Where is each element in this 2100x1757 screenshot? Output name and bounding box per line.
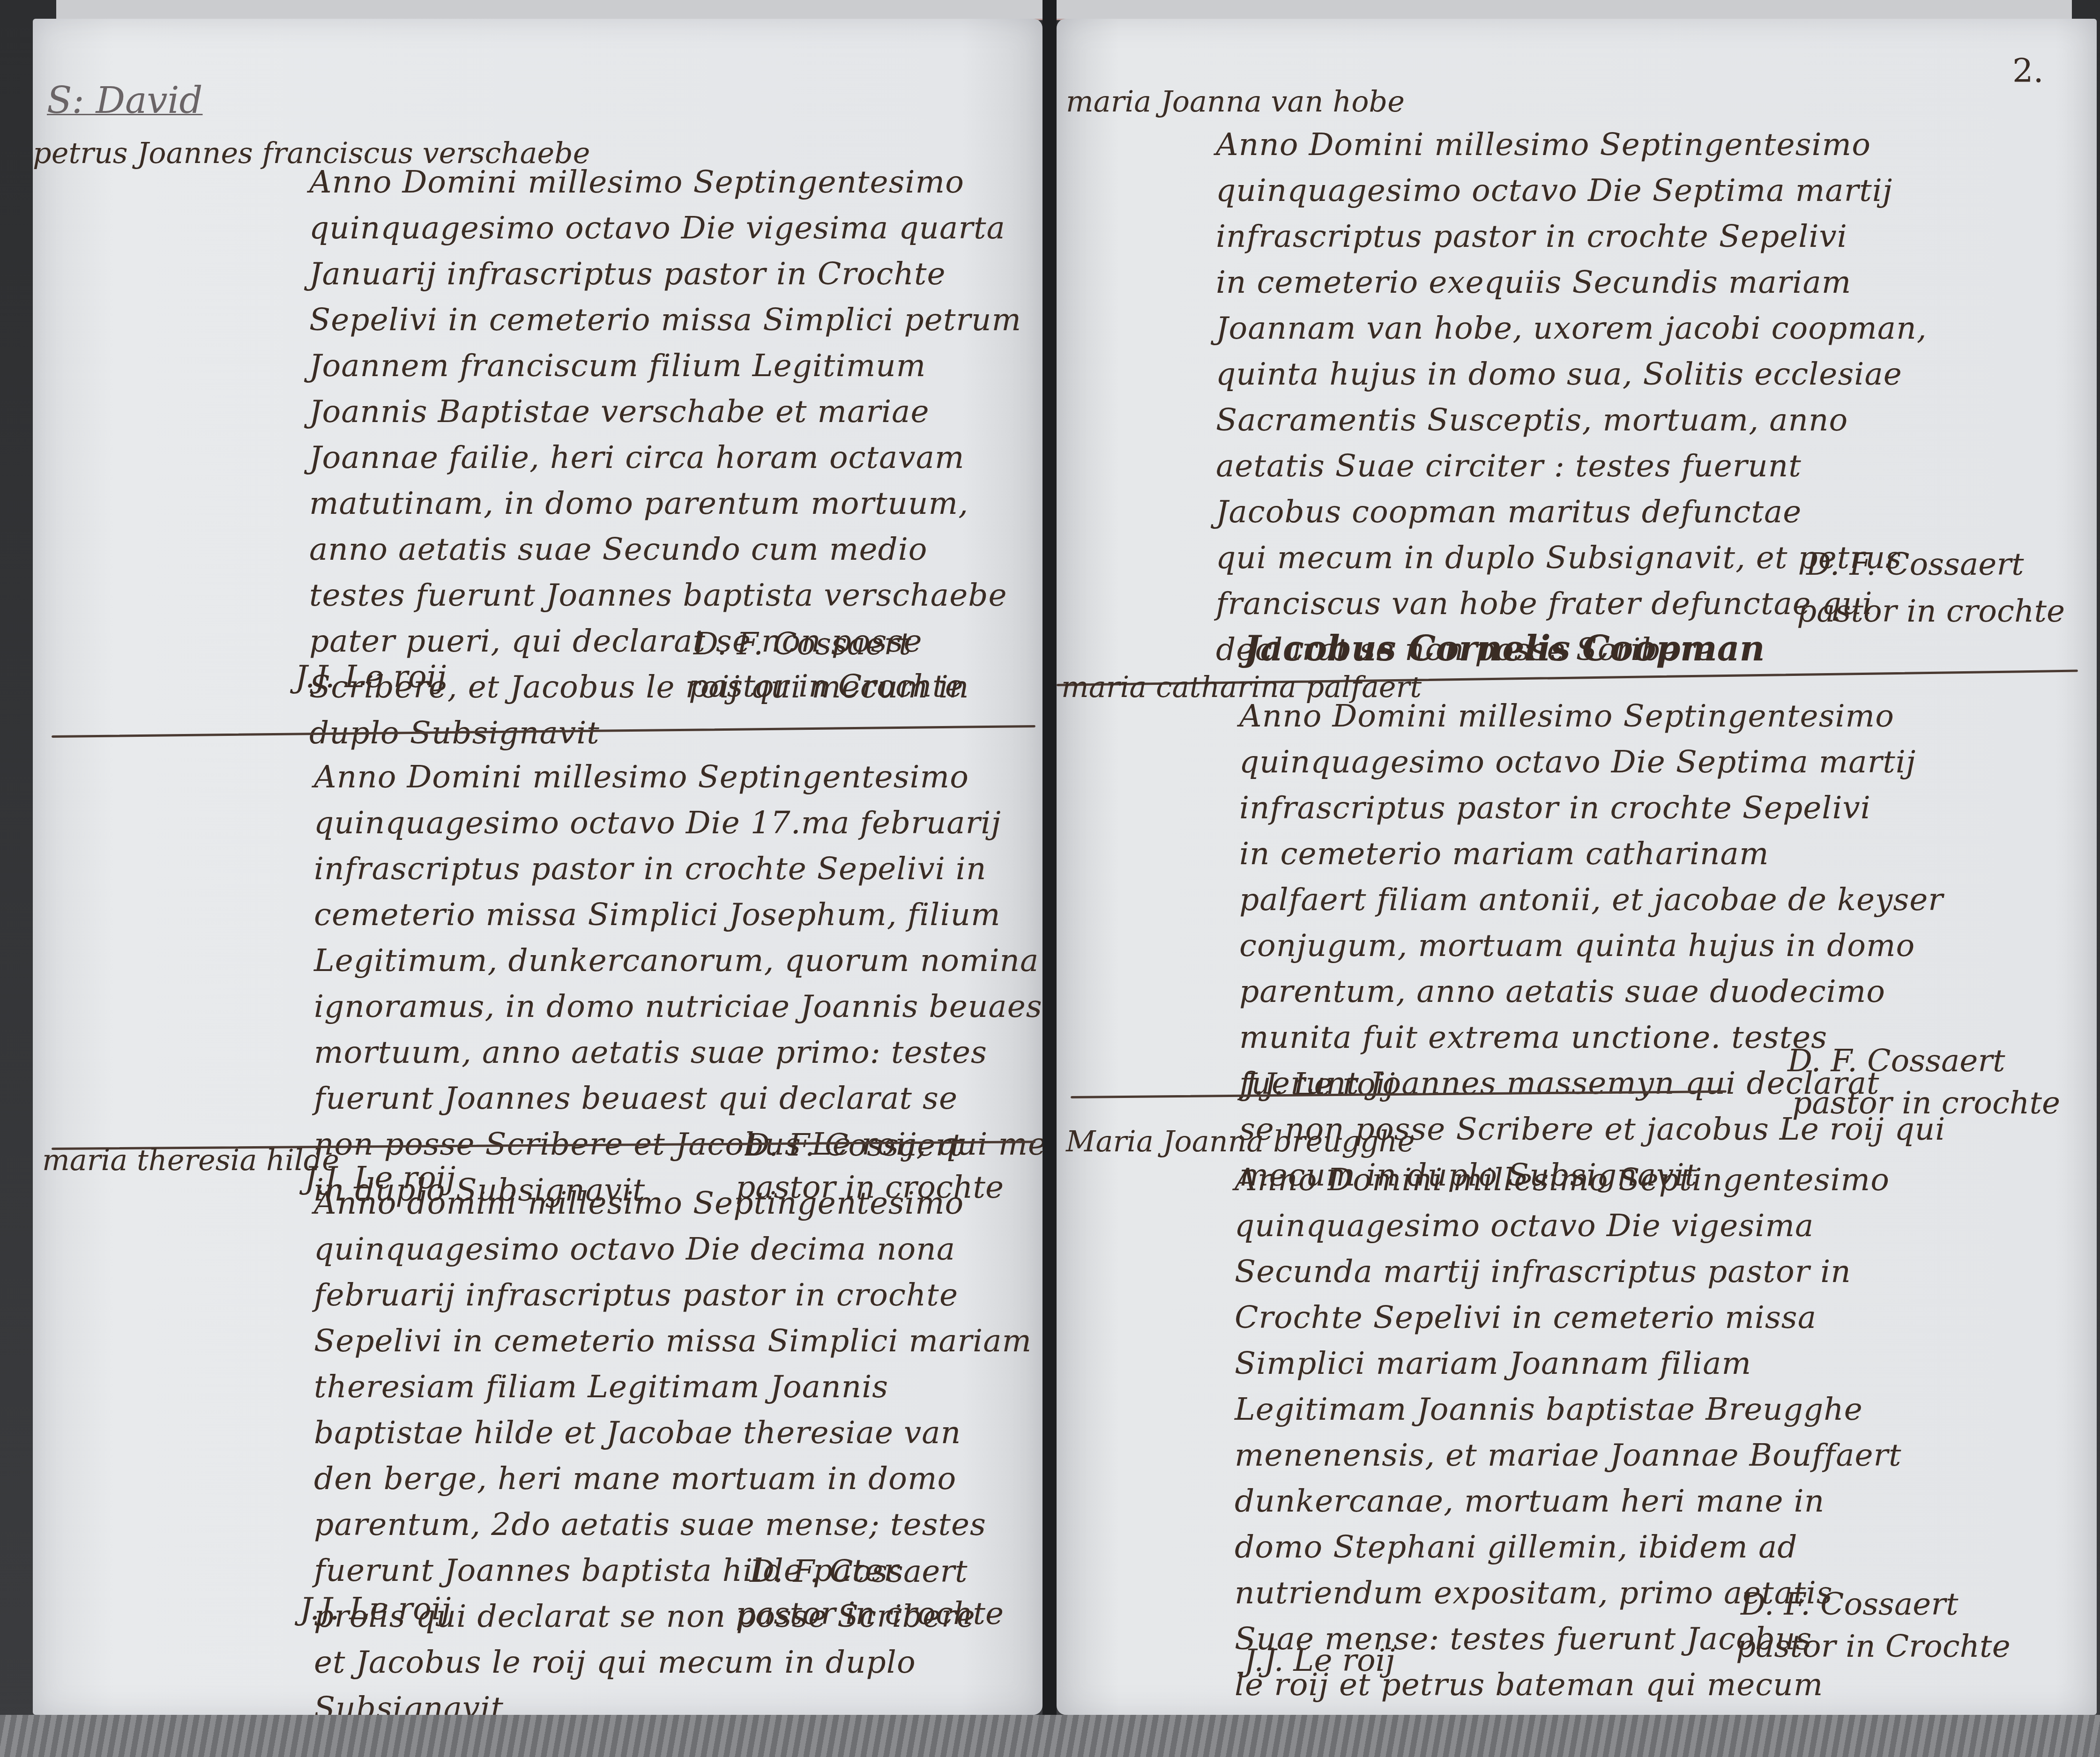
entry-line: quinquagesimo octavo Die vigesima [1235, 1203, 1902, 1249]
pastor-title: pastor in crochte [1792, 1082, 2060, 1124]
entry-margin-name: maria theresia hilde [42, 1143, 339, 1177]
witness-signature: J.J. Le roij [300, 1588, 451, 1630]
entry-line: Anno Domini millesimo Septingentesimo [314, 754, 1115, 800]
entry-line: parentum, anno aetatis suae duodecimo [1239, 969, 1945, 1015]
entry-line: februarij infrascriptus pastor in crocht… [314, 1272, 1032, 1318]
entry-line: cemeterio missa Simplici Josephum, filiu… [314, 892, 1115, 938]
entry-line: Joannem franciscum filium Legitimum [309, 343, 1021, 389]
entry-line: quinta hujus in domo sua, Solitis eccles… [1216, 351, 1927, 397]
pastor-signature: D. F. Cossaert [1741, 1583, 1958, 1625]
entry-line: Legitimum, dunkercanorum, quorum nomina [314, 938, 1115, 984]
entry-line: menenensis, et mariae Joannae Bouffaert [1235, 1432, 1902, 1478]
witness-signature: J.J. Le roij [1244, 1063, 1395, 1105]
entry-line: Joannam van hobe, uxorem jacobi coopman, [1216, 305, 1927, 351]
pastor-signature: D. F. Cossaert [693, 623, 911, 665]
entry-line: Anno Domini millesimo Septingentesimo [309, 159, 1021, 205]
entry-line: mortuum, anno aetatis suae primo: testes [314, 1030, 1115, 1075]
left-page: S: David petrus Joannes franciscus versc… [33, 19, 1043, 1715]
pastor-signature: D. F. Cossaert [745, 1124, 962, 1166]
entry-line: quinquagesimo octavo Die Septima martij [1216, 168, 1927, 214]
entry-line: domo Stephani gillemin, ibidem ad [1235, 1524, 1902, 1570]
entry-line: quinquagesimo octavo Die 17.ma februarij [314, 800, 1115, 846]
book-top-edge [56, 0, 2072, 20]
pastor-title: pastor in crochte [1797, 590, 2065, 632]
entry-line: quinquagesimo octavo Die vigesima quarta [309, 205, 1021, 251]
witness-signature: Jacobus Cornelis Coopman [1244, 628, 1765, 670]
entry-line: matutinam, in domo parentum mortuum, [309, 481, 1021, 526]
entry-line: Secunda martij infrascriptus pastor in [1235, 1249, 1902, 1295]
pastor-title: pastor in Crochte [1736, 1625, 2011, 1668]
entry-line: den berge, heri mane mortuam in domo [314, 1456, 1032, 1502]
entry-line: conjugum, mortuam quinta hujus in domo [1239, 923, 1945, 969]
entry-line: Anno Domini millesimo Septingentesimo [1216, 122, 1927, 168]
entry-line: Sepelivi in cemeterio missa Simplici pet… [309, 297, 1021, 343]
entry-line: in cemeterio exequiis Secundis mariam [1216, 259, 1927, 305]
entry-line: Sacramentis Susceptis, mortuam, anno [1216, 397, 1927, 443]
entry-line: infrascriptus pastor in crochte Sepelivi… [314, 846, 1115, 892]
entry-line: Anno Domini millesimo Septingentesimo [1235, 1157, 1902, 1203]
pastor-signature: D. F. Cossaert [1806, 543, 2024, 586]
entry-line: anno aetatis suae Secundo cum medio [309, 526, 1021, 572]
pastor-title: pastor in crochte [736, 1593, 1004, 1635]
entry-line: infrascriptus pastor in crochte Sepelivi [1239, 785, 1945, 831]
entry-line: Joannae failie, heri circa horam octavam [309, 435, 1021, 481]
entry-line: fuerunt Joannes beuaest qui declarat se [314, 1075, 1115, 1121]
book-bottom-edge [0, 1715, 2100, 1757]
entry-line: testes fuerunt Joannes baptista verschae… [309, 572, 1021, 618]
entry-line: Simplici mariam Joannam filiam [1235, 1341, 1902, 1386]
entry-line: infrascriptus pastor in crochte Sepelivi [1216, 214, 1927, 259]
corner-pencil-note: S: David [47, 80, 203, 122]
entry-line: baptistae hilde et Jacobae theresiae van [314, 1410, 1032, 1456]
entry-line: Anno domini millesimo Septingentesimo [314, 1180, 1032, 1226]
entry-line: aetatis Suae circiter : testes fuerunt [1216, 443, 1927, 489]
entry-line: dunkercanae, mortuam heri mane in [1235, 1478, 1902, 1524]
entry-line: Legitimam Joannis baptistae Breugghe [1235, 1386, 1902, 1432]
book-gutter [1043, 0, 1057, 1757]
witness-signature: J.J. Le roij [1244, 1639, 1395, 1682]
entry-line: parentum, 2do aetatis suae mense; testes [314, 1502, 1032, 1548]
entry-margin-name: maria Joanna van hobe [1066, 84, 1405, 119]
entry-line: Crochte Sepelivi in cemeterio missa [1235, 1295, 1902, 1341]
entry-margin-name: Maria Joanna breugghe [1066, 1124, 1415, 1158]
entry-line: in cemeterio mariam catharinam [1239, 831, 1945, 877]
entry-line: Januarij infrascriptus pastor in Crochte [309, 251, 1021, 297]
witness-signature: J.J. Le roij [295, 656, 446, 698]
entry-line: quinquagesimo octavo Die Septima martij [1239, 739, 1945, 785]
entry-line: Jacobus coopman maritus defunctae [1216, 489, 1927, 535]
entry-line: Anno Domini millesimo Septingentesimo [1239, 693, 1945, 739]
entry-line: quinquagesimo octavo Die decima nona [314, 1226, 1032, 1272]
pastor-title: pastor in Crochte [689, 665, 963, 707]
entry-line: Sepelivi in cemeterio missa Simplici mar… [314, 1318, 1032, 1364]
entry-line: ignoramus, in domo nutriciae Joannis beu… [314, 984, 1115, 1030]
entry-line: et Jacobus le roij qui mecum in duplo [314, 1639, 1032, 1685]
page-number: 2. [2012, 52, 2044, 90]
entry-line: theresiam filiam Legitimam Joannis [314, 1364, 1032, 1410]
pastor-signature: D. F. Cossaert [750, 1550, 967, 1593]
entry-line: palfaert filiam antonii, et jacobae de k… [1239, 877, 1945, 923]
entry-line: Joannis Baptistae verschabe et mariae [309, 389, 1021, 435]
pastor-signature: D. F. Cossaert [1787, 1040, 2005, 1082]
right-page: 2. maria Joanna van hobe Anno Domini mil… [1057, 19, 2097, 1715]
entry-body: Anno domini millesimo Septingentesimo qu… [314, 1180, 1032, 1731]
